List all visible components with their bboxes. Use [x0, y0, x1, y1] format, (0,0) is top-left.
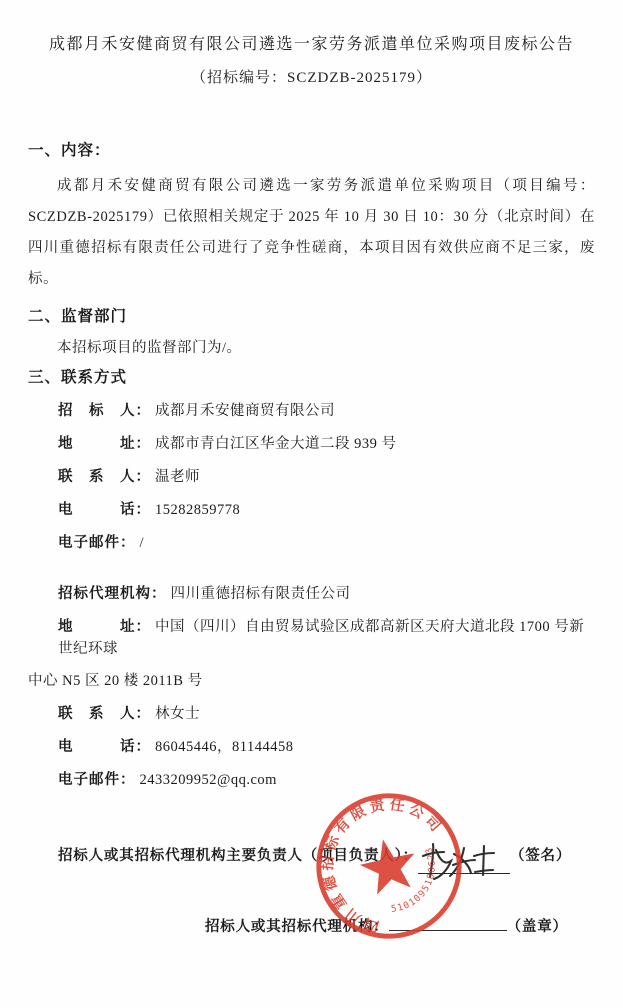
tenderer-email-value: / — [140, 535, 145, 551]
tenderer-contact-person-label: 联 系 人： — [58, 469, 151, 485]
tenderer-address-label: 地 址： — [58, 436, 151, 452]
agency-address-row: 地 址：中国（四川）自由贸易试验区成都高新区天府大道北段 1700 号新世纪环球 — [28, 616, 595, 660]
section-heading-supervision: 二、监督部门 — [28, 306, 595, 328]
agency-email-label: 电子邮件： — [58, 772, 136, 788]
section-heading-content: 一、内容： — [28, 140, 595, 162]
tenderer-phone-row: 电 话：15282859778 — [28, 499, 595, 521]
tenderer-phone-value: 15282859778 — [155, 502, 240, 518]
document-title: 成都月禾安健商贸有限公司遴选一家劳务派遣单位采购项目废标公告 — [28, 34, 595, 56]
tenderer-email-row: 电子邮件：/ — [28, 532, 595, 554]
agency-name-value: 四川重德招标有限责任公司 — [171, 586, 351, 602]
agency-phone-label: 电 话： — [58, 739, 151, 755]
company-seal-icon: 四川重德招标有限责任公司 5101095180623 — [311, 788, 467, 944]
tenderer-address-row: 地 址：成都市青白江区华金大道二段 939 号 — [28, 433, 595, 455]
content-paragraph: 成都月禾安健商贸有限公司遴选一家劳务派遣单位采购项目（项目编号：SCZDZB-2… — [28, 171, 595, 295]
supervision-text: 本招标项目的监督部门为/。 — [28, 337, 595, 359]
tenderer-address-value: 成都市青白江区华金大道二段 939 号 — [155, 436, 397, 452]
seal-star-icon — [356, 834, 421, 897]
agency-contact-person-row: 联 系 人：林女士 — [28, 703, 595, 725]
agency-phone-value: 86045446，81144458 — [155, 739, 293, 755]
bid-number: （招标编号：SCZDZB-2025179） — [28, 67, 595, 89]
tenderer-contact-person-row: 联 系 人：温老师 — [28, 466, 595, 488]
agency-contact-person-value: 林女士 — [155, 706, 200, 722]
document-page: 成都月禾安健商贸有限公司遴选一家劳务派遣单位采购项目废标公告 （招标编号：SCZ… — [0, 0, 623, 1008]
agency-name-label: 招标代理机构： — [58, 586, 167, 602]
agency-address-label: 地 址： — [58, 619, 151, 635]
stamp-line-suffix: （盖章） — [507, 919, 568, 935]
agency-address-continuation: 中心 N5 区 20 楼 2011B 号 — [28, 670, 595, 692]
tenderer-name-label: 招 标 人： — [58, 403, 151, 419]
signature-line-suffix: （签名） — [510, 848, 571, 864]
tenderer-phone-label: 电 话： — [58, 502, 151, 518]
tenderer-name-value: 成都月禾安健商贸有限公司 — [155, 403, 335, 419]
tenderer-email-label: 电子邮件： — [58, 535, 136, 551]
tenderer-name-row: 招 标 人：成都月禾安健商贸有限公司 — [28, 400, 595, 422]
tenderer-contact-person-value: 温老师 — [155, 469, 200, 485]
agency-name-row: 招标代理机构：四川重德招标有限责任公司 — [28, 583, 595, 605]
agency-contact-person-label: 联 系 人： — [58, 706, 151, 722]
agency-phone-row: 电 话：86045446，81144458 — [28, 736, 595, 758]
section-heading-contact: 三、联系方式 — [28, 367, 595, 389]
agency-email-value: 2433209952@qq.com — [140, 772, 277, 788]
